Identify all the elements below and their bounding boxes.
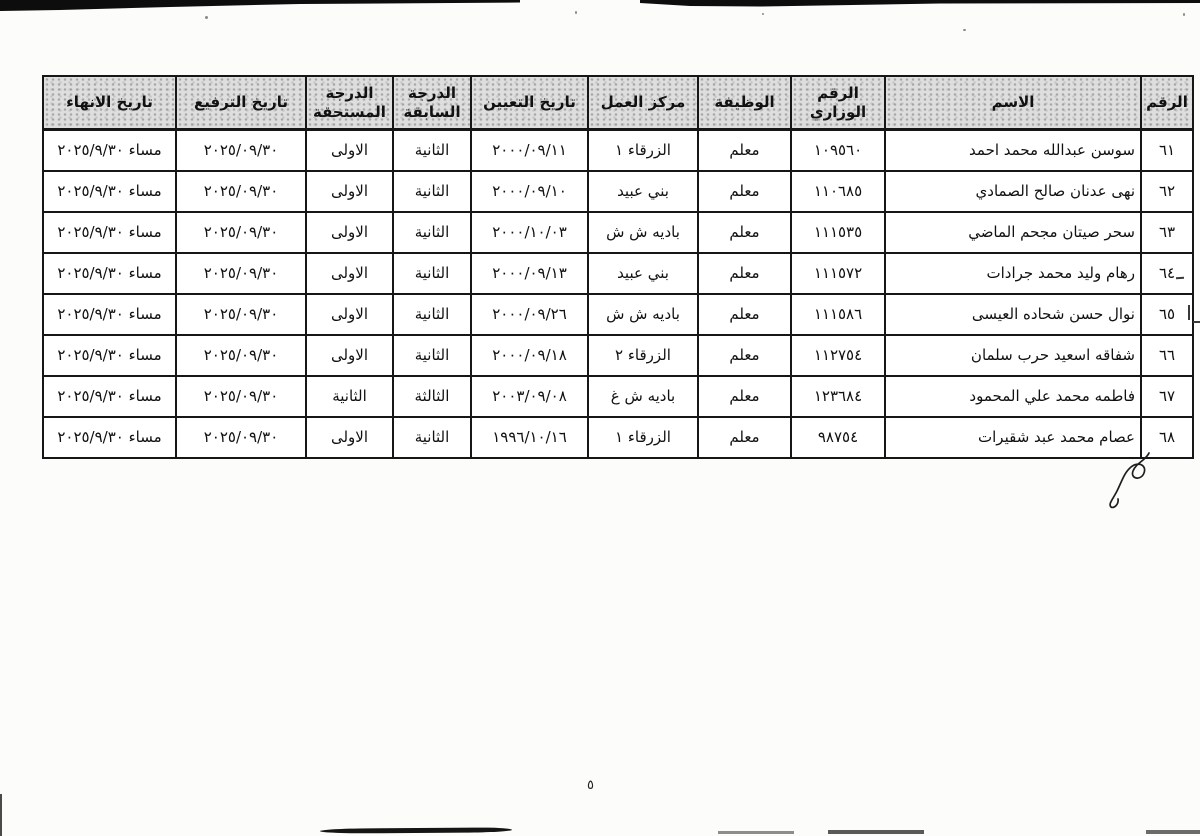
work-center-cell: الزرقاء ١ [588,130,698,172]
job-title-cell: معلم [698,171,791,212]
table-row: ٦٥نوال حسن شحاده العيسى١١١٥٨٦معلمباديه ش… [43,294,1193,335]
promotion-date-cell: ٢٠٢٥/٠٩/٣٠ [176,130,306,172]
name-cell: رهام وليد محمد جرادات [885,253,1141,294]
promotion-date-cell: ٢٠٢٥/٠٩/٣٠ [176,417,306,458]
job-title-cell: معلم [698,253,791,294]
table-row: ٦٤رهام وليد محمد جرادات١١١٥٧٢معلمبني عبي… [43,253,1193,294]
end-date-cell: مساء ٢٠٢٥/٩/٣٠ [43,335,176,376]
column-header-entitled-grade: الدرجة المستحقة [306,76,393,130]
ministry-number-cell: ١١١٥٣٥ [791,212,885,253]
ministry-number-cell: ١١١٥٨٦ [791,294,885,335]
scan-speck [762,13,764,15]
appointment-date-cell: ٢٠٠٣/٠٩/٠٨ [471,376,588,417]
previous-grade-cell: الثانية [393,253,471,294]
appointment-date-cell: ٢٠٠٠/٠٩/٢٦ [471,294,588,335]
scan-artifact-bottom [320,827,512,833]
scan-artifact-bottom [718,831,794,834]
job-title-cell: معلم [698,335,791,376]
table-row: ٦١سوسن عبدالله محمد احمد١٠٩٥٦٠معلمالزرقا… [43,130,1193,172]
job-title-cell: معلم [698,417,791,458]
row-number-cell: ٦٥ [1141,294,1193,335]
scan-speck [963,29,966,31]
previous-grade-cell: الثانية [393,417,471,458]
ministry-number-cell: ١١٠٦٨٥ [791,171,885,212]
pencil-tick-row-65 [1188,305,1190,320]
row-number-cell: ٦٤ [1141,253,1193,294]
column-header-previous-grade: الدرجة السابقة [393,76,471,130]
page-number: ٥ [587,778,594,793]
job-title-cell: معلم [698,294,791,335]
work-center-cell: الزرقاء ١ [588,417,698,458]
column-header-job-title: الوظيفة [698,76,791,130]
row-number-cell: ٦٦ [1141,335,1193,376]
scanned-document-page: الرقم الاسم الرقم الوزاري الوظيفة مركز ا… [0,0,1200,836]
column-header-appointment-date: تاريخ التعيين [471,76,588,130]
table-row: ٦٣سحر صيتان مجحم الماضي١١١٥٣٥معلمباديه ش… [43,212,1193,253]
scan-artifact-left-edge [0,794,2,836]
scan-speck [575,11,577,14]
name-cell: نهى عدنان صالح الصمادي [885,171,1141,212]
name-cell: نوال حسن شحاده العيسى [885,294,1141,335]
work-center-cell: باديه ش غ [588,376,698,417]
end-date-cell: مساء ٢٠٢٥/٩/٣٠ [43,253,176,294]
signature-mark [1103,450,1167,512]
scan-artifact-bottom [828,830,924,834]
previous-grade-cell: الثانية [393,130,471,172]
ministry-number-cell: ١١١٥٧٢ [791,253,885,294]
column-header-row-number: الرقم [1141,76,1193,130]
ministry-number-cell: ٩٨٧٥٤ [791,417,885,458]
work-center-cell: بني عبيد [588,171,698,212]
name-cell: سوسن عبدالله محمد احمد [885,130,1141,172]
work-center-cell: بني عبيد [588,253,698,294]
appointment-date-cell: ٢٠٠٠/١٠/٠٣ [471,212,588,253]
appointment-date-cell: ٢٠٠٠/٠٩/١٣ [471,253,588,294]
name-cell: سحر صيتان مجحم الماضي [885,212,1141,253]
column-header-name: الاسم [885,76,1141,130]
column-header-work-center: مركز العمل [588,76,698,130]
work-center-cell: باديه ش ش [588,212,698,253]
entitled-grade-cell: الاولى [306,212,393,253]
ministry-number-cell: ١١٢٧٥٤ [791,335,885,376]
scan-artifact-top-strip [0,0,1200,14]
job-title-cell: معلم [698,376,791,417]
appointment-date-cell: ١٩٩٦/١٠/١٦ [471,417,588,458]
scan-speck [205,16,208,19]
entitled-grade-cell: الاولى [306,171,393,212]
column-header-end-date: تاريخ الانهاء [43,76,176,130]
entitled-grade-cell: الاولى [306,417,393,458]
ministry-number-cell: ١٠٩٥٦٠ [791,130,885,172]
end-date-cell: مساء ٢٠٢٥/٩/٣٠ [43,171,176,212]
table-header-row: الرقم الاسم الرقم الوزاري الوظيفة مركز ا… [43,76,1193,130]
promotion-date-cell: ٢٠٢٥/٠٩/٣٠ [176,253,306,294]
work-center-cell: باديه ش ش [588,294,698,335]
ministry-number-cell: ١٢٣٦٨٤ [791,376,885,417]
appointment-date-cell: ٢٠٠٠/٠٩/١٨ [471,335,588,376]
promotion-date-cell: ٢٠٢٥/٠٩/٣٠ [176,294,306,335]
previous-grade-cell: الثانية [393,171,471,212]
table-row: ٦٦شفاقه اسعيد حرب سلمان١١٢٧٥٤معلمالزرقاء… [43,335,1193,376]
entitled-grade-cell: الثانية [306,376,393,417]
row-number-cell: ٦٣ [1141,212,1193,253]
previous-grade-cell: الثانية [393,212,471,253]
table-row: ٦٢نهى عدنان صالح الصمادي١١٠٦٨٥معلمبني عب… [43,171,1193,212]
name-cell: شفاقه اسعيد حرب سلمان [885,335,1141,376]
appointment-date-cell: ٢٠٠٠/٠٩/١٠ [471,171,588,212]
scan-speck [1183,13,1185,16]
previous-grade-cell: الثالثة [393,376,471,417]
name-cell: فاطمه محمد علي المحمود [885,376,1141,417]
column-header-ministry-number: الرقم الوزاري [791,76,885,130]
end-date-cell: مساء ٢٠٢٥/٩/٣٠ [43,417,176,458]
table-body: ٦١سوسن عبدالله محمد احمد١٠٩٥٦٠معلمالزرقا… [43,130,1193,459]
work-center-cell: الزرقاء ٢ [588,335,698,376]
pencil-dash-row-65 [1193,321,1200,323]
entitled-grade-cell: الاولى [306,335,393,376]
row-number-cell: ٦١ [1141,130,1193,172]
table-row: ٦٧فاطمه محمد علي المحمود١٢٣٦٨٤معلمباديه … [43,376,1193,417]
end-date-cell: مساء ٢٠٢٥/٩/٣٠ [43,212,176,253]
promotion-date-cell: ٢٠٢٥/٠٩/٣٠ [176,171,306,212]
scan-artifact-bottom [1146,830,1200,834]
previous-grade-cell: الثانية [393,294,471,335]
job-title-cell: معلم [698,130,791,172]
row-number-cell: ٦٢ [1141,171,1193,212]
promotion-date-cell: ٢٠٢٥/٠٩/٣٠ [176,376,306,417]
promotion-date-cell: ٢٠٢٥/٠٩/٣٠ [176,212,306,253]
promotion-date-cell: ٢٠٢٥/٠٩/٣٠ [176,335,306,376]
end-date-cell: مساء ٢٠٢٥/٩/٣٠ [43,130,176,172]
previous-grade-cell: الثانية [393,335,471,376]
table-row: ٦٨عصام محمد عبد شقيرات٩٨٧٥٤معلمالزرقاء ١… [43,417,1193,458]
row-number-cell: ٦٧ [1141,376,1193,417]
entitled-grade-cell: الاولى [306,130,393,172]
column-header-promotion-date: تاريخ الترفيع [176,76,306,130]
entitled-grade-cell: الاولى [306,294,393,335]
promotions-table: الرقم الاسم الرقم الوزاري الوظيفة مركز ا… [42,75,1194,459]
entitled-grade-cell: الاولى [306,253,393,294]
end-date-cell: مساء ٢٠٢٥/٩/٣٠ [43,294,176,335]
job-title-cell: معلم [698,212,791,253]
appointment-date-cell: ٢٠٠٠/٠٩/١١ [471,130,588,172]
end-date-cell: مساء ٢٠٢٥/٩/٣٠ [43,376,176,417]
